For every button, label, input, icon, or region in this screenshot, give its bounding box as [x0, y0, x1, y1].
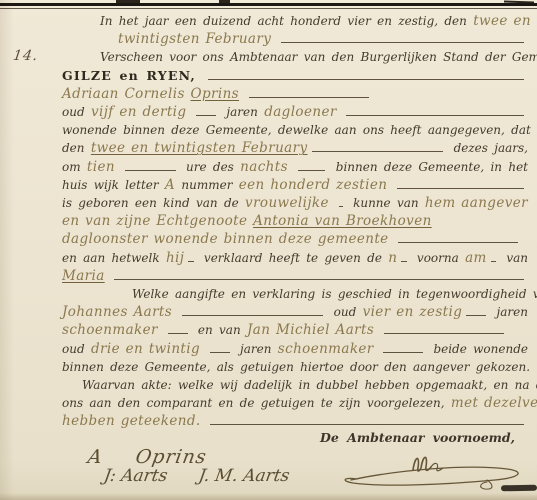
- fill-rule: [208, 76, 525, 80]
- printed-text: GILZE en RYEN,: [62, 67, 204, 85]
- handwritten-text: vrouwelijke: [245, 194, 335, 212]
- fill-rule: [196, 112, 216, 116]
- printed-text: oud: [327, 303, 362, 321]
- fill-rule: [466, 312, 486, 316]
- handwritten-text: Jan Michiel Aarts: [247, 321, 380, 339]
- handwritten-text: n: [388, 249, 397, 267]
- akte-line: oud drie en twintig jaren schoenmaker be…: [62, 340, 528, 358]
- fill-rule: [383, 349, 423, 353]
- handwritten-text: Oprins: [191, 85, 240, 103]
- fill-rule: [114, 276, 524, 280]
- akte-line: Adriaan Cornelis Oprins: [62, 85, 528, 103]
- printed-text: Verscheen voor ons Ambtenaar van den Bur…: [100, 48, 537, 66]
- handwritten-text: twintigsten February: [118, 30, 277, 48]
- handwritten-text: drie en twintig: [91, 340, 206, 358]
- handwritten-text: nachts: [240, 158, 293, 176]
- fill-rule: [182, 312, 324, 316]
- printed-text: ure des: [180, 158, 240, 176]
- printed-text: ons aan den comparant en de getuigen te …: [62, 394, 451, 412]
- printed-text: den: [62, 139, 91, 157]
- printed-text: jaren: [490, 303, 528, 321]
- fill-rule: [210, 421, 524, 425]
- printed-text: wonende binnen deze Gemeente, dewelke aa…: [62, 121, 537, 139]
- fill-rule: [491, 258, 496, 262]
- printed-text: In het jaar een duizend acht honderd vie…: [100, 12, 473, 30]
- handwritten-text: met dezelve: [451, 394, 537, 412]
- akte-line: den twee en twintigsten February dezes j…: [62, 139, 528, 157]
- fill-rule: [398, 239, 518, 243]
- handwritten-text: dagloonster wonende binnen deze gemeente: [62, 230, 394, 248]
- top-rule: [0, 0, 537, 11]
- akte-line: en aan hetwelk hij verklaard heeft te ge…: [62, 249, 528, 267]
- handwritten-text: [239, 85, 245, 103]
- printed-text: van: [500, 249, 528, 267]
- scan-corner-mark: [501, 485, 537, 492]
- fill-rule: [210, 349, 230, 353]
- printed-text: huis wijk letter: [62, 176, 165, 194]
- handwritten-text: Maria: [62, 267, 105, 285]
- printed-text: oud: [62, 340, 91, 358]
- akte-line: wonende binnen deze Gemeente, dewelke aa…: [62, 121, 528, 139]
- printed-text: om: [62, 158, 87, 176]
- fill-rule: [401, 258, 406, 262]
- handwritten-text: hij: [166, 249, 184, 267]
- akte-line: Waarvan akte: welke wij dadelijk in dubb…: [62, 376, 528, 394]
- handwritten-text: am: [465, 249, 487, 267]
- printed-text: voorna: [411, 249, 465, 267]
- signature-witness-row: J: Aarts J. M. Aarts: [102, 466, 317, 486]
- handwritten-text: hebben geteekend.: [62, 412, 206, 430]
- closing-block: De Ambtenaar voornoemd,: [320, 430, 515, 445]
- printed-text: is geboren een kind van de: [62, 194, 245, 212]
- printed-text: binnen deze Gemeente, als getuigen hiert…: [62, 358, 536, 376]
- printed-text: beide wonende: [427, 340, 528, 358]
- printed-text: jaren: [220, 103, 264, 121]
- akte-line: Verscheen voor ons Ambtenaar van den Bur…: [62, 48, 528, 66]
- signature-witness-2: J. M. Aarts: [197, 466, 291, 486]
- fill-rule: [339, 203, 343, 207]
- akte-line: twintigsten February: [62, 30, 528, 48]
- fill-rule: [346, 112, 524, 116]
- handwritten-text: dagloener: [264, 103, 342, 121]
- printed-text: Welke aangifte en verklaring is geschied…: [132, 285, 537, 303]
- handwritten-text: een honderd zestien: [239, 176, 393, 194]
- divider-rule: [0, 3, 537, 6]
- handwritten-text: Johannes Aarts: [62, 303, 178, 321]
- divider-rule: [0, 8, 537, 9]
- akte-line: dagloonster wonende binnen deze gemeente: [62, 230, 528, 248]
- akte-line: Johannes Aarts oud vier en zestig jaren: [62, 303, 528, 321]
- fill-rule: [312, 148, 444, 152]
- fill-rule: [397, 185, 524, 189]
- printed-text: nummer: [175, 176, 239, 194]
- fill-rule: [384, 330, 504, 334]
- printed-text: oud: [62, 103, 91, 121]
- akte-line: hebben geteekend.: [62, 412, 528, 430]
- handwritten-text: schoenmaker: [62, 321, 164, 339]
- fill-rule: [125, 167, 176, 171]
- akte-line: binnen deze Gemeente, als getuigen hiert…: [62, 358, 528, 376]
- handwritten-text: en van zijne Echtgenoote: [62, 212, 253, 230]
- printed-text: verklaard heeft te geven de: [198, 249, 389, 267]
- handwritten-text: vijf en dertig: [91, 103, 192, 121]
- handwritten-text: A: [165, 176, 175, 194]
- scan-bottom-edge: [0, 493, 537, 500]
- akte-line: schoenmaker en van Jan Michiel Aarts: [62, 321, 528, 339]
- akte-line: is geboren een kind van de vrouwelijke k…: [62, 194, 528, 212]
- handwritten-text: vier en zestig: [363, 303, 463, 321]
- document-page: 14. In het jaar een duizend acht honderd…: [0, 0, 537, 500]
- official-title: De Ambtenaar voornoemd,: [320, 430, 515, 445]
- fill-rule: [249, 94, 369, 98]
- akte-line: Welke aangifte en verklaring is geschied…: [62, 285, 528, 303]
- printed-text: Waarvan akte: welke wij dadelijk in dubb…: [82, 376, 537, 394]
- fill-rule: [298, 167, 326, 171]
- signature-witness-1: J: Aarts: [102, 466, 169, 486]
- handwritten-text: schoenmaker: [278, 340, 380, 358]
- akte-line: In het jaar een duizend acht honderd vie…: [62, 12, 528, 30]
- akte-line: huis wijk letter A nummer een honderd ze…: [62, 176, 528, 194]
- handwritten-text: tien: [87, 158, 121, 176]
- printed-text: dezes jaars,: [447, 139, 528, 157]
- akte-line: GILZE en RYEN,: [62, 67, 528, 85]
- akte-text-block: In het jaar een duizend acht honderd vie…: [62, 12, 528, 431]
- handwritten-text: Antonia van Broekhoven: [253, 212, 432, 230]
- akte-line: ons aan den comparant en de getuigen te …: [62, 394, 528, 412]
- printed-text: binnen deze Gemeente, in het: [329, 158, 528, 176]
- record-number: 14.: [12, 48, 40, 64]
- fill-rule: [168, 330, 188, 334]
- akte-line: Maria: [62, 267, 528, 285]
- printed-text: en van: [192, 321, 247, 339]
- fill-rule: [281, 39, 524, 43]
- handwritten-text: [105, 267, 111, 285]
- printed-text: kunne van: [347, 194, 425, 212]
- handwritten-text: twee en twintigsten February: [91, 139, 308, 157]
- handwritten-text: hem aangever: [425, 194, 528, 212]
- fill-rule: [188, 258, 193, 262]
- akte-line: en van zijne Echtgenoote Antonia van Bro…: [62, 212, 528, 230]
- official-signature-icon: [327, 444, 527, 492]
- printed-text: jaren: [234, 340, 278, 358]
- akte-line: om tien ure des nachts binnen deze Gemee…: [62, 158, 528, 176]
- printed-text: en aan hetwelk: [62, 249, 166, 267]
- handwritten-text: twee en: [473, 12, 531, 30]
- handwritten-text: Adriaan Cornelis: [62, 85, 191, 103]
- signature-declarant: A Oprins: [86, 446, 209, 468]
- akte-line: oud vijf en dertig jaren dagloener: [62, 103, 528, 121]
